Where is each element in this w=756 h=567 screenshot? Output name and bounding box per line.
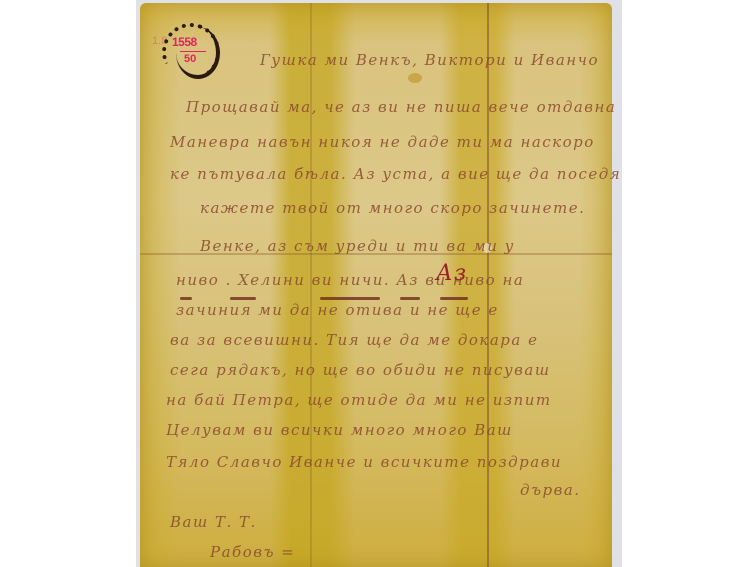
- ink-bleed-mark: [320, 297, 380, 300]
- letter-line: кажете твой от много скоро зачинете.: [200, 199, 585, 217]
- letter-line: ниво . Хелини ви ничи. Аз ви ниво на: [176, 271, 524, 289]
- stamp-number: 1558: [172, 35, 197, 49]
- stamp-sub-number: 50: [184, 53, 196, 65]
- letter-paper: 1.8 1558 50 Гушка ми Венкъ, Виктори и Ив…: [140, 3, 612, 567]
- letter-line: Маневра навън никоя не даде ти ма наскор…: [170, 133, 595, 151]
- letter-line: Венке, аз съм уреди и ти ва ми у: [200, 237, 515, 255]
- letter-line: зачиния ми да не отива и не ще е: [176, 301, 499, 319]
- red-ink-mark: Аз: [436, 261, 468, 286]
- letter-signature: Ваш Т. Т.: [170, 513, 257, 531]
- ink-bleed-mark: [180, 297, 192, 300]
- letter-line: ке пътувала бѣла. Аз уста, а вие ще да п…: [170, 165, 621, 183]
- letter-line: Целувам ви всички много много Ваш: [166, 421, 513, 439]
- stain-spot: [408, 73, 422, 83]
- letter-line: дърва.: [520, 481, 581, 499]
- letter-line: сега рядакъ, но ще во обиди не писуваш: [170, 361, 551, 379]
- archive-stamp: 1.8 1558 50: [162, 23, 218, 79]
- letter-line: ва за всевишни. Тия ще да ме докара е: [170, 331, 538, 349]
- stamp-divider: [180, 51, 206, 52]
- letter-line: Гушка ми Венкъ, Виктори и Иванчо: [260, 51, 599, 69]
- letter-line: Прощавай ма, чe аз ви не пиша вече отдав…: [186, 98, 616, 116]
- letter-line: Тяло Славчо Иванче и всичките поздрави: [166, 453, 562, 471]
- ink-bleed-mark: [400, 297, 420, 300]
- ink-bleed-mark: [440, 297, 468, 300]
- ink-bleed-mark: [230, 297, 256, 300]
- letter-line: на бай Петра, ще отиде да ми не изпит: [166, 391, 552, 409]
- letter-signature-name: Рабовъ =: [210, 543, 295, 561]
